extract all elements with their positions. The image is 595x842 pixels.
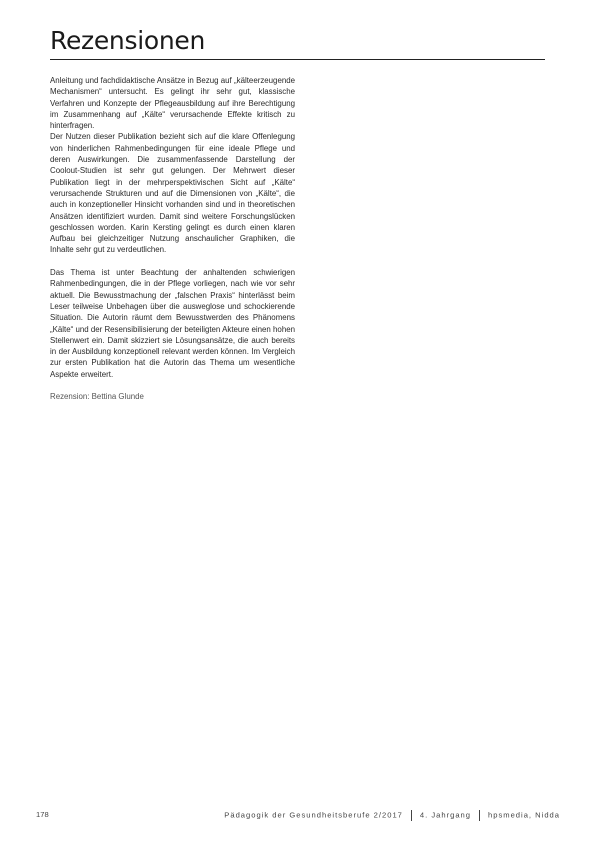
publisher: hpsmedia, Nidda — [488, 811, 560, 820]
publication-info: Pädagogik der Gesundheitsberufe 2/20174.… — [224, 810, 560, 821]
footer-separator — [479, 810, 480, 821]
paragraph-2: Der Nutzen dieser Publikation bezieht si… — [50, 131, 295, 255]
reviewer-signature: Rezension: Bettina Glunde — [50, 391, 295, 402]
journal-name: Pädagogik der Gesundheitsberufe 2/2017 — [224, 811, 403, 820]
page-number: 178 — [36, 810, 49, 819]
paragraph-1: Anleitung und fachdidaktische Ansätze in… — [50, 75, 295, 131]
review-text-column: Anleitung und fachdidaktische Ansätze in… — [50, 75, 295, 403]
title-divider — [50, 59, 545, 60]
footer-separator — [411, 810, 412, 821]
page-title: Rezensionen — [50, 26, 205, 56]
paragraph-3: Das Thema ist unter Beachtung der anhalt… — [50, 267, 295, 380]
volume: 4. Jahrgang — [420, 811, 471, 820]
